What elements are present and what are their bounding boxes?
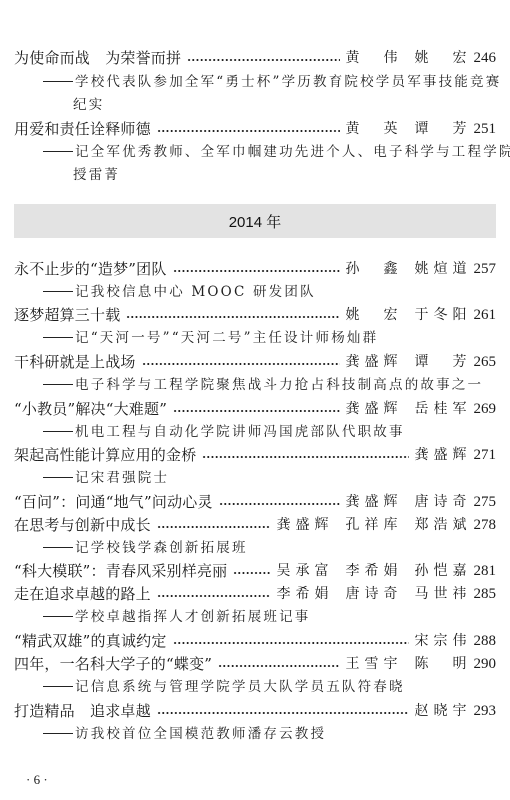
dot-leader	[157, 130, 340, 132]
entry-authors: 龚盛辉 岳桂军	[346, 398, 472, 421]
entry-title: 干科研就是上战场	[14, 351, 136, 374]
entry-subtitle: 记学校钱学森创新拓展班	[43, 537, 496, 560]
entry-authors: 姚 宏 于冬阳	[346, 304, 472, 327]
toc-entry[interactable]: 四年，一名科大学子的“蝶变” 王雪宇 陈 明 290	[14, 653, 496, 676]
author: 唐诗奇	[415, 491, 472, 514]
dot-leader	[142, 363, 340, 365]
toc-entry[interactable]: 在思考与创新中成长 龚盛辉 孔祥库 郑浩斌 278	[14, 514, 496, 537]
subtitle-text: 记全军优秀教师、全军巾帼建功先进个人、电子科学与工程学院教	[75, 144, 510, 160]
dot-leader	[126, 316, 339, 318]
dot-leader	[218, 665, 339, 667]
dot-leader	[187, 59, 339, 61]
entry-authors: 赵晓宇	[415, 700, 472, 723]
toc-entry[interactable]: 为使命而战 为荣誉而拼 黄 伟 姚 宏 246	[14, 47, 496, 70]
author: 李希娟	[277, 583, 334, 606]
entry-title: “百问”：问通“地气”问动心灵	[14, 491, 213, 514]
dot-leader	[219, 503, 340, 505]
toc-page: 为使命而战 为荣誉而拼 黄 伟 姚 宏 246 学校代表队参加全军“勇士杯”学历…	[0, 0, 510, 800]
entry-page-number: 288	[474, 630, 497, 653]
author: 姚煊道	[415, 258, 472, 281]
entry-authors: 王雪宇 陈 明	[346, 653, 472, 676]
dot-leader	[157, 595, 271, 597]
dot-leader	[173, 410, 339, 412]
dot-leader	[157, 712, 409, 714]
entry-title: 为使命而战 为荣誉而拼	[14, 47, 181, 70]
entry-authors: 吴承富 李希娟 孙恺嘉	[277, 560, 472, 583]
author: 龚盛辉	[346, 491, 403, 514]
entry-subtitle: 记我校信息中心 MOOC 研发团队	[43, 281, 496, 304]
dot-leader	[173, 642, 409, 644]
author: 陈 明	[415, 653, 472, 676]
entry-page-number: 261	[474, 304, 497, 327]
em-dash	[43, 291, 73, 292]
author: 吴承富	[277, 560, 334, 583]
author: 宋宗伟	[415, 630, 472, 653]
entry-authors: 龚盛辉 谭 芳	[346, 351, 472, 374]
entry-authors: 龚盛辉 唐诗奇	[346, 491, 472, 514]
toc-entry[interactable]: 架起高性能计算应用的金桥 龚盛辉 271	[14, 444, 496, 467]
dot-leader	[202, 456, 408, 458]
author: 黄 英	[346, 118, 403, 141]
entry-subtitle: 记信息系统与管理学院学员大队学员五队符春晓	[43, 676, 496, 699]
em-dash	[43, 686, 73, 687]
em-dash	[43, 431, 73, 432]
subtitle-text: 记我校信息中心 MOOC 研发团队	[75, 284, 316, 300]
page-number: · 6 ·	[26, 770, 48, 790]
entry-authors: 龚盛辉 孔祥库 郑浩斌	[277, 514, 472, 537]
dot-leader	[173, 270, 340, 272]
em-dash	[43, 547, 73, 548]
author: 李希娟	[346, 560, 403, 583]
entry-title: 逐梦超算三十载	[14, 304, 120, 327]
author: 王雪宇	[346, 653, 403, 676]
toc-entry[interactable]: 永不止步的“造梦”团队 孙 鑫 姚煊道 257	[14, 258, 496, 281]
entry-authors: 龚盛辉	[415, 444, 472, 467]
subtitle-text: 学校代表队参加全军“勇士杯”学历教育院校学员军事技能竞赛	[75, 74, 501, 90]
entry-authors: 宋宗伟	[415, 630, 472, 653]
entry-subtitle-continuation: 纪实	[73, 94, 104, 117]
dot-leader	[157, 526, 271, 528]
entry-page-number: 290	[474, 653, 497, 676]
entry-authors: 李希娟 唐诗奇 马世祎	[277, 583, 472, 606]
subtitle-text: 访我校首位全国模范教师潘存云教授	[75, 726, 326, 742]
author: 龚盛辉	[415, 444, 472, 467]
subtitle-text: 记信息系统与管理学院学员大队学员五队符春晓	[75, 679, 405, 695]
year-label: 2014 年	[229, 211, 282, 232]
author: 孙 鑫	[346, 258, 403, 281]
toc-entry[interactable]: 干科研就是上战场 龚盛辉 谭 芳 265	[14, 351, 496, 374]
author: 龚盛辉	[346, 398, 403, 421]
toc-entry[interactable]: 用爱和责任诠释师德 黄 英 谭 芳 251	[14, 118, 496, 141]
toc-entry[interactable]: 逐梦超算三十载 姚 宏 于冬阳 261	[14, 304, 496, 327]
author: 唐诗奇	[346, 583, 403, 606]
entry-page-number: 251	[474, 118, 497, 141]
em-dash	[43, 337, 73, 338]
entry-title: 打造精品 追求卓越	[14, 700, 151, 723]
author: 岳桂军	[415, 398, 472, 421]
entry-page-number: 246	[474, 47, 497, 70]
author: 谭 芳	[415, 118, 472, 141]
subtitle-text: 学校卓越指挥人才创新拓展班记事	[75, 609, 311, 625]
author: 姚 宏	[346, 304, 403, 327]
entry-title: 永不止步的“造梦”团队	[14, 258, 167, 281]
entry-title: 用爱和责任诠释师德	[14, 118, 151, 141]
em-dash	[43, 733, 73, 734]
entry-page-number: 275	[474, 491, 497, 514]
entry-subtitle: 学校卓越指挥人才创新拓展班记事	[43, 606, 496, 629]
entry-title: “精武双雄”的真诚约定	[14, 630, 167, 653]
subtitle-text: 记“天河一号”“天河二号”主任设计师杨灿群	[75, 330, 378, 346]
em-dash	[43, 81, 73, 82]
author: 谭 芳	[415, 351, 472, 374]
author: 赵晓宇	[415, 700, 472, 723]
em-dash	[43, 477, 73, 478]
subtitle-text: 记宋君强院士	[75, 470, 169, 486]
entry-subtitle: 访我校首位全国模范教师潘存云教授	[43, 723, 496, 746]
em-dash	[43, 384, 73, 385]
entry-subtitle-continuation: 授雷菁	[73, 164, 120, 187]
author: 黄 伟	[346, 47, 403, 70]
author: 龚盛辉	[277, 514, 334, 537]
author: 马世祎	[415, 583, 472, 606]
author: 孔祥库	[346, 514, 403, 537]
entry-title: “科大模联”：青春风采别样亮丽	[14, 560, 227, 583]
em-dash	[43, 151, 73, 152]
entry-page-number: 269	[474, 398, 497, 421]
entry-title: 架起高性能计算应用的金桥	[14, 444, 196, 467]
entry-page-number: 278	[474, 514, 497, 537]
year-section-header: 2014 年	[14, 204, 496, 238]
author: 孙恺嘉	[415, 560, 472, 583]
entry-page-number: 271	[474, 444, 497, 467]
author: 姚 宏	[415, 47, 472, 70]
toc-entry[interactable]: “百问”：问通“地气”问动心灵 龚盛辉 唐诗奇 275	[14, 491, 496, 514]
toc-entry[interactable]: 打造精品 追求卓越 赵晓宇 293	[14, 700, 496, 723]
entry-subtitle: 记宋君强院士	[43, 467, 496, 490]
entry-authors: 孙 鑫 姚煊道	[346, 258, 472, 281]
toc-entry[interactable]: “精武双雄”的真诚约定 宋宗伟 288	[14, 630, 496, 653]
entry-subtitle: 机电工程与自动化学院讲师冯国虎部队代职故事	[43, 421, 496, 444]
dot-leader	[233, 572, 270, 574]
entry-title: “小教员”解决“大难题”	[14, 398, 167, 421]
entry-authors: 黄 伟 姚 宏	[346, 47, 472, 70]
entry-title: 走在追求卓越的路上	[14, 583, 151, 606]
toc-entry[interactable]: “科大模联”：青春风采别样亮丽 吴承富 李希娟 孙恺嘉 281	[14, 560, 496, 583]
subtitle-text: 记学校钱学森创新拓展班	[75, 540, 248, 556]
author: 于冬阳	[415, 304, 472, 327]
entry-title: 四年，一名科大学子的“蝶变”	[14, 653, 212, 676]
subtitle-text: 机电工程与自动化学院讲师冯国虎部队代职故事	[75, 424, 405, 440]
author: 郑浩斌	[415, 514, 472, 537]
entry-title: 在思考与创新中成长	[14, 514, 151, 537]
entry-subtitle: 记“天河一号”“天河二号”主任设计师杨灿群	[43, 327, 496, 350]
author: 龚盛辉	[346, 351, 403, 374]
entry-page-number: 265	[474, 351, 497, 374]
em-dash	[43, 616, 73, 617]
toc-entry[interactable]: “小教员”解决“大难题” 龚盛辉 岳桂军 269	[14, 398, 496, 421]
entry-page-number: 293	[474, 700, 497, 723]
entry-subtitle: 学校代表队参加全军“勇士杯”学历教育院校学员军事技能竞赛	[43, 71, 496, 94]
entry-page-number: 281	[474, 560, 497, 583]
entry-subtitle: 记全军优秀教师、全军巾帼建功先进个人、电子科学与工程学院教	[43, 141, 496, 164]
entry-page-number: 285	[474, 583, 497, 606]
subtitle-text: 电子科学与工程学院聚焦战斗力抢占科技制高点的故事之一	[75, 377, 483, 393]
entry-authors: 黄 英 谭 芳	[346, 118, 472, 141]
entry-subtitle: 电子科学与工程学院聚焦战斗力抢占科技制高点的故事之一	[43, 374, 496, 397]
toc-entry[interactable]: 走在追求卓越的路上 李希娟 唐诗奇 马世祎 285	[14, 583, 496, 606]
entry-page-number: 257	[474, 258, 497, 281]
